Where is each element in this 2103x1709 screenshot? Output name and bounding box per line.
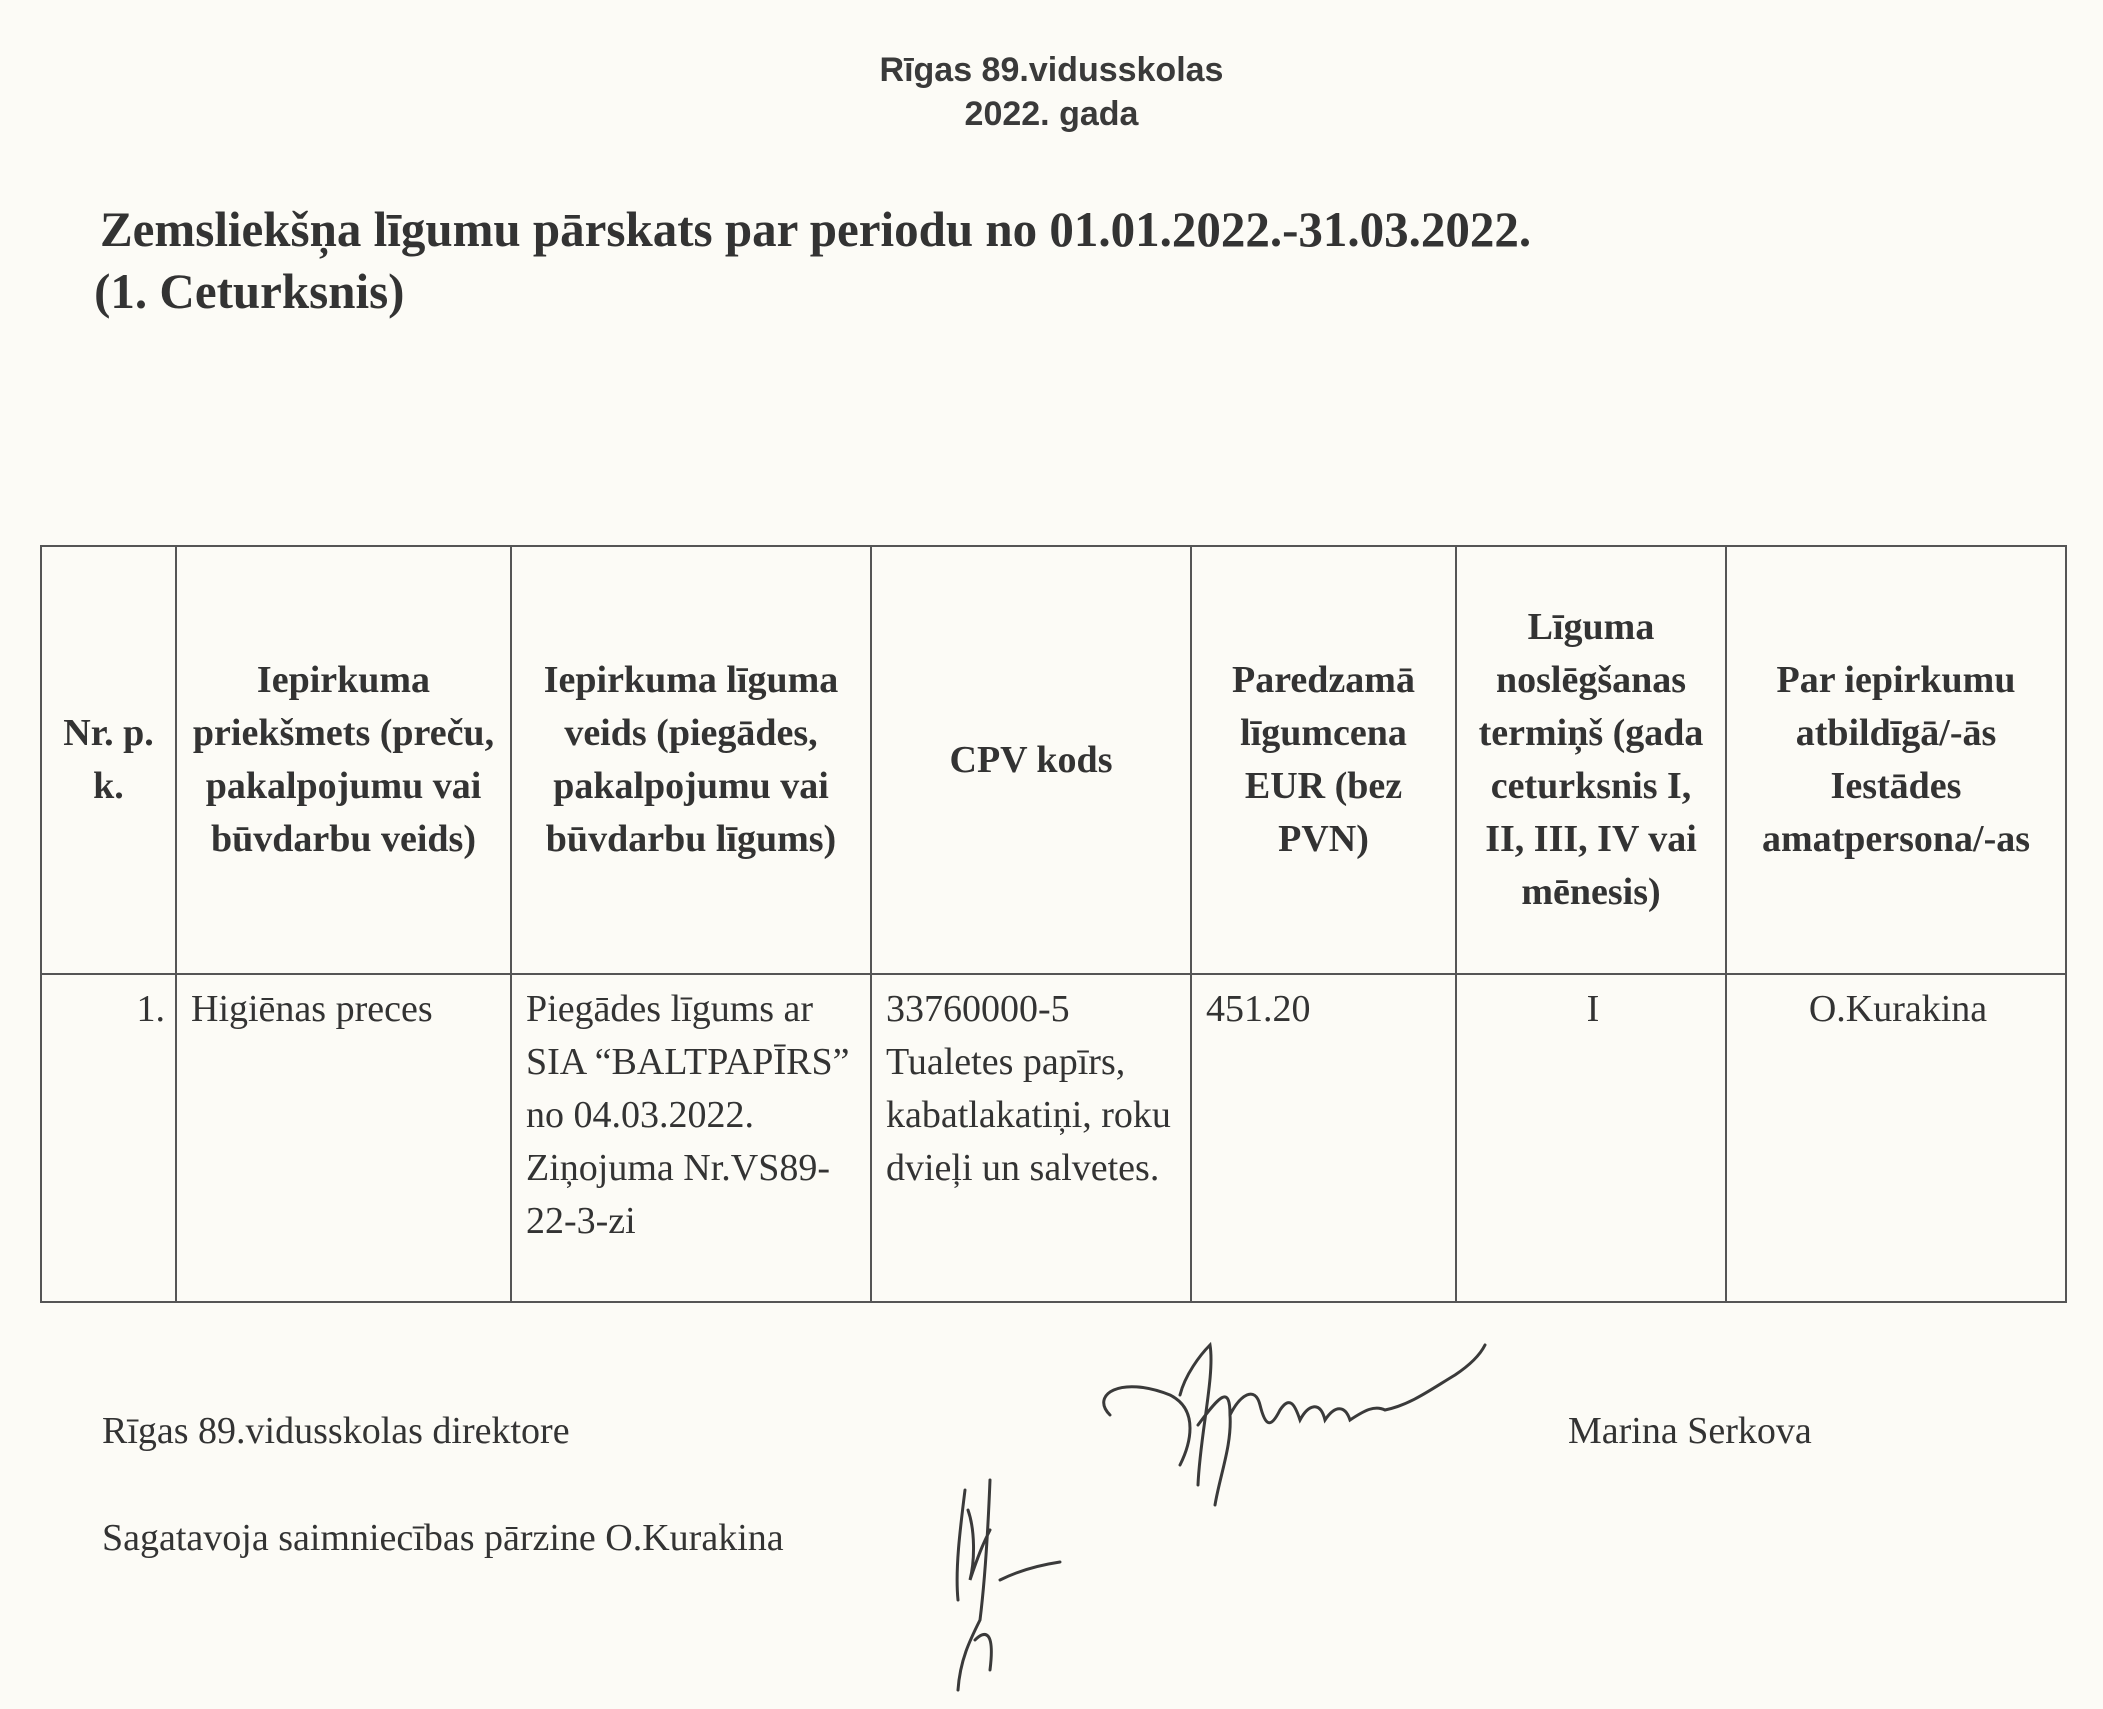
report-title-main: Zemsliekšņa līgumu pārskats par periodu … (100, 201, 1531, 257)
report-title-quarter: (1. Ceturksnis) (94, 260, 1531, 322)
col-header-nr: Nr. p. k. (41, 546, 176, 974)
cell-price: 451.20 (1191, 974, 1456, 1302)
col-header-subject: Iepirkuma priekšmets (preču, pakalpojumu… (176, 546, 511, 974)
prepared-by: Sagatavoja saimniecības pārzine O.Kuraki… (102, 1515, 784, 1561)
cell-cpv: 33760000-5 Tualetes papīrs, kabatlakatiņ… (871, 974, 1191, 1302)
cell-term: I (1456, 974, 1726, 1302)
director-signature-icon (1080, 1335, 1640, 1515)
cell-contract-type: Piegādes līgums ar SIA “BALTPAPĪRS” no 0… (511, 974, 871, 1302)
director-label: Rīgas 89.vidusskolas direktore (102, 1408, 570, 1454)
cell-nr: 1. (41, 974, 176, 1302)
col-header-contract-type: Iepirkuma līguma veids (piegādes, pakalp… (511, 546, 871, 974)
cell-subject: Higiēnas preces (176, 974, 511, 1302)
col-header-cpv: CPV kods (871, 546, 1191, 974)
preparer-signature-icon (940, 1470, 1160, 1700)
document-header: Rīgas 89.vidusskolas 2022. gada (0, 48, 2103, 136)
col-header-responsible: Par iepirkumu atbildīgā/-ās Iestādes ama… (1726, 546, 2066, 974)
cell-responsible: O.Kurakina (1726, 974, 2066, 1302)
table-header-row: Nr. p. k. Iepirkuma priekšmets (preču, p… (41, 546, 2066, 974)
table-row: 1. Higiēnas preces Piegādes līgums ar SI… (41, 974, 2066, 1302)
col-header-price: Paredzamā līgumcena EUR (bez PVN) (1191, 546, 1456, 974)
col-header-term: Līguma noslēgšanas termiņš (gada ceturks… (1456, 546, 1726, 974)
contracts-table: Nr. p. k. Iepirkuma priekšmets (preču, p… (40, 545, 2067, 1303)
report-title: Zemsliekšņa līgumu pārskats par periodu … (100, 198, 1531, 322)
report-year: 2022. gada (0, 92, 2103, 136)
organization-name: Rīgas 89.vidusskolas (0, 48, 2103, 92)
